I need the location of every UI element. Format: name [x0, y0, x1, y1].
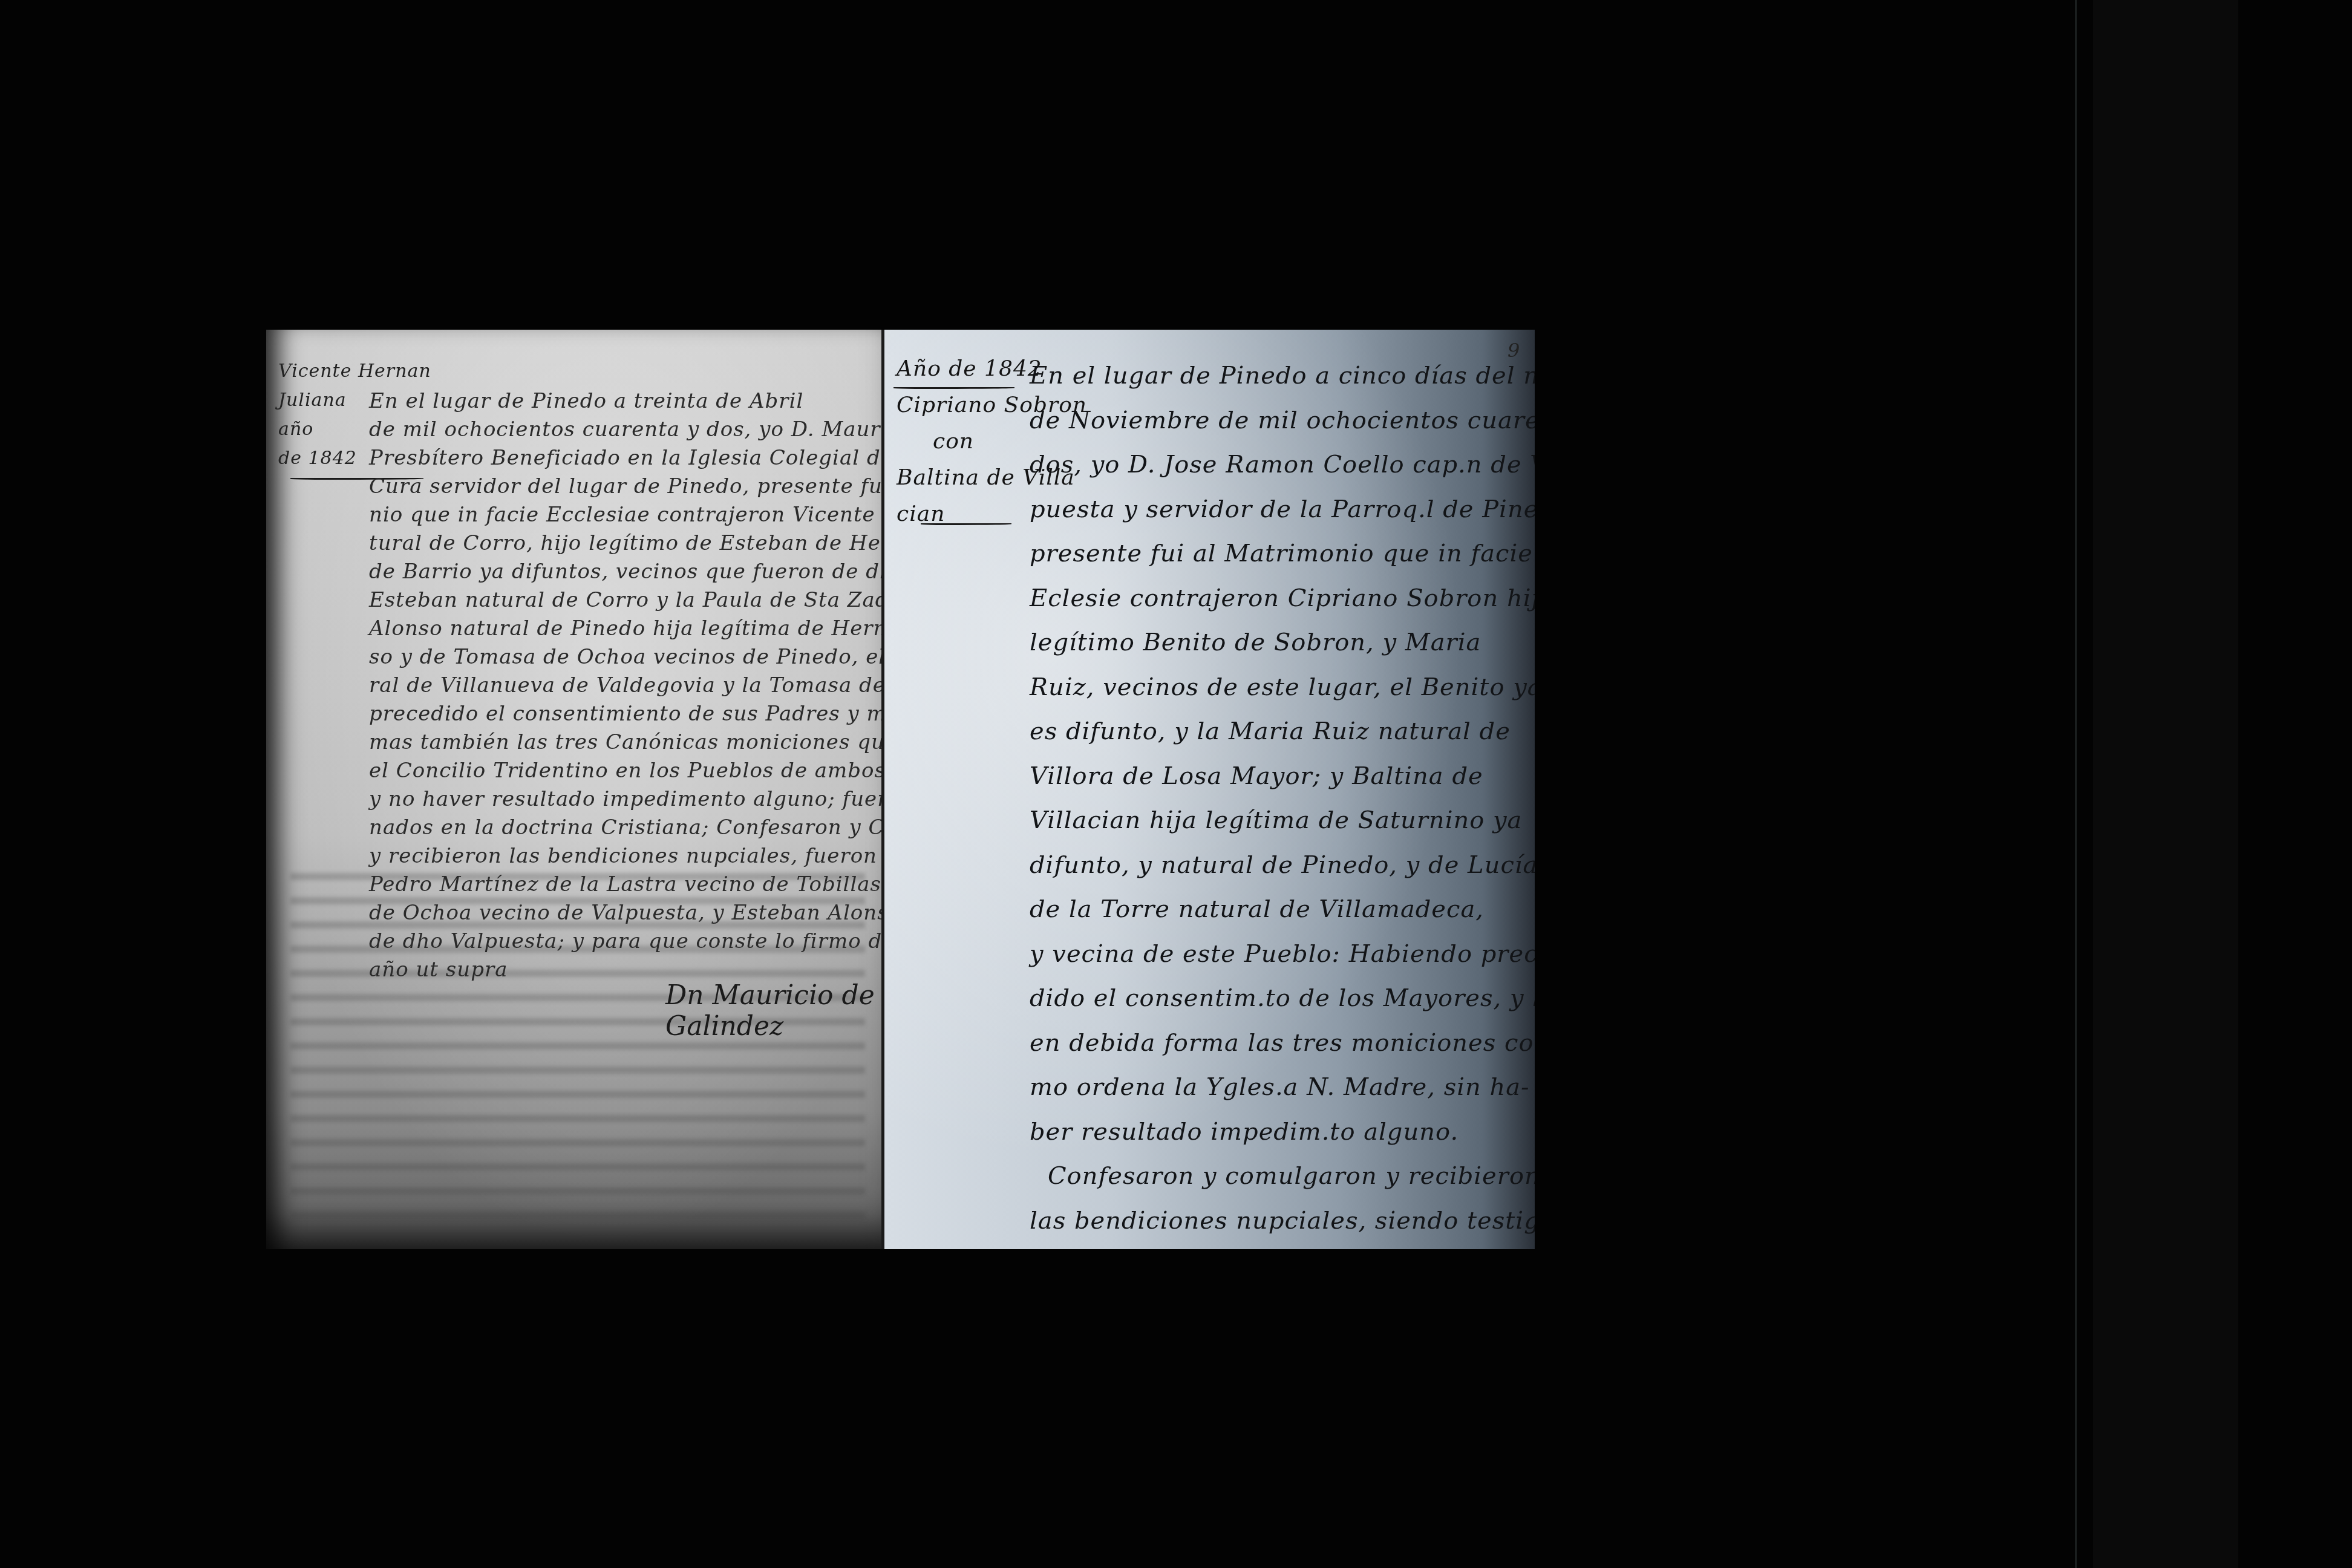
text-line: presente fui al Matrimonio que in facie: [1030, 532, 1526, 577]
right-page-entry: En el lugar de Pinedo a cinco días del m…: [1030, 354, 1526, 1249]
background-shadow-panel: [2093, 0, 2238, 1568]
text-line: Confesaron y comulgaron y recibieron: [1030, 1154, 1526, 1199]
text-line: Esteban natural de Corro y la Paula de S…: [369, 586, 871, 615]
text-line: las bendiciones nupciales, siendo testig…: [1030, 1199, 1526, 1244]
margin-line: Año de 1842: [897, 351, 1030, 387]
text-line: mas también las tres Canónicas monicione…: [369, 728, 871, 757]
text-line: es difunto, y la Maria Ruiz natural de: [1030, 710, 1526, 754]
text-line: Cura servidor del lugar de Pinedo, prese…: [369, 472, 871, 501]
left-page-entry: En el lugar de Pinedo a treinta de Abril…: [369, 387, 871, 984]
text-line: precedido el consentimiento de sus Padre…: [369, 700, 871, 728]
text-line: de mil ochocientos cuarenta y dos, yo D.…: [369, 416, 871, 444]
text-line: Pedro Martínez de la Lastra vecino de To…: [369, 871, 871, 899]
margin-line: Cipriano Sobron: [897, 387, 1030, 423]
text-line: en debida forma las tres moniciones co-: [1030, 1021, 1526, 1066]
text-line: y recibieron las bendiciones nupciales, …: [369, 842, 871, 871]
text-line: puesta y servidor de la Parroq.l de Pine…: [1030, 488, 1526, 532]
margin-line: Vicente Hernan: [278, 357, 387, 386]
margin-line: Baltina de Villa: [897, 460, 1030, 496]
text-line: Eclesie contrajeron Cipriano Sobron hijo: [1030, 577, 1526, 621]
right-page: 9 Año de 1842 Cipriano Sobron con Baltin…: [884, 330, 1535, 1249]
text-line: legítimo Benito de Sobron, y Maria: [1030, 621, 1526, 665]
text-line: difunto, y natural de Pinedo, y de Lucía: [1030, 843, 1526, 888]
text-line: de la Torre natural de Villamadeca,: [1030, 887, 1526, 932]
background-edge-line: [2075, 0, 2077, 1568]
text-line: ral de Villanueva de Valdegovia y la Tom…: [369, 671, 871, 700]
text-line: Alonso natural de Pinedo hija legítima d…: [369, 615, 871, 643]
right-margin-note: Año de 1842 Cipriano Sobron con Baltina …: [897, 351, 1030, 532]
text-line: de dho Valpuesta; y para que conste lo f…: [369, 927, 871, 956]
text-line: de Barrio ya difuntos, vecinos que fuero…: [369, 558, 871, 586]
text-line: Ruiz, vecinos de este lugar, el Benito y…: [1030, 665, 1526, 710]
text-line: y no haver resultado impedimento alguno;…: [369, 785, 871, 814]
text-line: de Noviembre de mil ochocientos cuarenta…: [1030, 399, 1526, 443]
text-line: Presbítero Beneficiado en la Iglesia Col…: [369, 444, 871, 472]
text-line: de Ochoa vecino de Valpuesta, y Esteban …: [369, 899, 871, 927]
text-line: En el lugar de Pinedo a cinco días del m…: [1030, 354, 1526, 399]
text-line: Villora de Losa Mayor; y Baltina de: [1030, 754, 1526, 799]
left-page: Vicente Hernan Juliana año de 1842 En el…: [266, 330, 883, 1249]
margin-line: cian: [897, 496, 1030, 532]
text-line: dido el consentim.to de los Mayores, y l…: [1030, 976, 1526, 1021]
text-line: Villacian hija legítima de Saturnino ya: [1030, 799, 1526, 843]
text-line: so y de Tomasa de Ochoa vecinos de Pined…: [369, 643, 871, 671]
text-line: nio que in facie Ecclesiae contrajeron V…: [369, 501, 871, 529]
text-line: mo ordena la Ygles.a N. Madre, sin ha-: [1030, 1065, 1526, 1110]
text-line: dos, yo D. Jose Ramon Coello cap.n de Va…: [1030, 443, 1526, 488]
text-line: tural de Corro, hijo legítimo de Esteban…: [369, 529, 871, 558]
text-line: todo el pueblo; pero determinadam.te Ra-: [1030, 1243, 1526, 1249]
text-line: el Concilio Tridentino en los Pueblos de…: [369, 757, 871, 785]
margin-line: con: [897, 423, 1030, 460]
microfilm-projection: Vicente Hernan Juliana año de 1842 En el…: [266, 330, 1549, 1249]
text-line: En el lugar de Pinedo a treinta de Abril: [369, 387, 871, 416]
text-line: nados en la doctrina Cristiana; Confesar…: [369, 814, 871, 842]
text-line: y vecina de este Pueblo: Habiendo prece-: [1030, 932, 1526, 977]
text-line: ber resultado impedim.to alguno.: [1030, 1110, 1526, 1155]
left-signature: Dn Mauricio de Galindez: [665, 980, 883, 1042]
